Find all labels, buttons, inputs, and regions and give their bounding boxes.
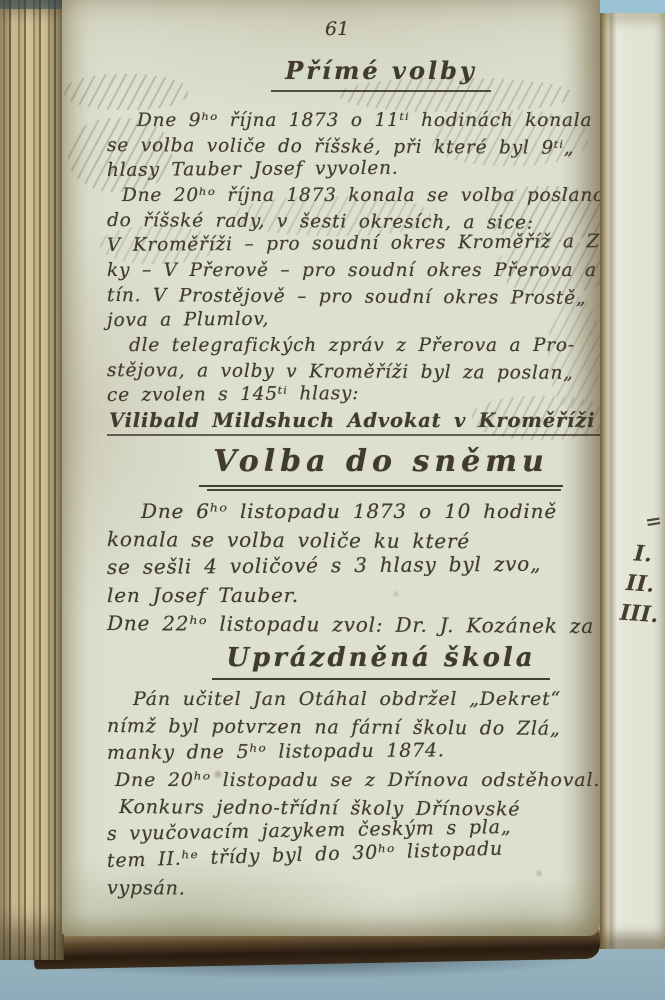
handwritten-content: 61 Přímé volby Dne 9ʰᵒ října 1873 o 11ᵗⁱ… (107, 14, 600, 902)
section-uprazdnena-skola: Pán učitel Jan Otáhal obdržel „Dekret“ n… (107, 686, 600, 902)
manuscript-line: jova a Plumlov, (107, 307, 269, 333)
heading-uprazdnena-skola: Uprázdněná škola (107, 641, 600, 680)
underlined-name-line: Vilibald Mildshuch Advokat v Kroměříži (107, 408, 600, 436)
manuscript-line: len Josef Tauber. (107, 581, 299, 609)
manuscript-line: Dne 20ʰᵒ listopadu se z Dřínova odstěhov… (115, 767, 600, 794)
heading-text: Přímé volby (271, 54, 491, 92)
manuscript-line: Dne 22ʰᵒ listopadu zvol: Dr. J. Kozánek … (107, 609, 600, 640)
facing-page-numerals: I. II. III. (619, 538, 664, 630)
heading-prime-volby: Přímé volby (107, 54, 600, 92)
section-volba-do-snemu: Dne 6ʰᵒ listopadu 1873 o 10 hodině konal… (107, 497, 600, 637)
manuscript-line: se sešli 4 voličové s 3 hlasy byl zvo„ (107, 550, 541, 581)
manuscript-line: Dne 20ʰᵒ října 1873 konala se volba posl… (122, 183, 600, 208)
roman-numeral-item: II. (625, 568, 662, 600)
facing-page-divider-mark: = (643, 508, 663, 534)
manuscript-line: Pán učitel Jan Otáhal obdržel „Dekret“ (133, 686, 561, 713)
section-prime-volby: Dne 9ʰᵒ října 1873 o 11ᵗⁱ hodinách konal… (107, 108, 600, 436)
manuscript-line: hlasy Tauber Josef vyvolen. (107, 156, 399, 183)
heading-text: Uprázdněná škola (212, 641, 549, 680)
manuscript-line: vypsán. (107, 875, 186, 902)
facing-page-sliver: = I. II. III. (600, 13, 665, 949)
manuscript-line: ce zvolen s 145ᵗⁱ hlasy: (107, 381, 359, 408)
roman-numeral-item: I. (633, 538, 664, 570)
manuscript-line: Dne 6ʰᵒ listopadu 1873 o 10 hodině (141, 497, 557, 525)
manuscript-line: ky – V Přerově – pro soudní okres Přerov… (107, 258, 600, 283)
manuscript-line: dle telegrafických zpráv z Přerova a Pro… (129, 333, 575, 358)
book-left-page-edges (0, 0, 64, 960)
manuscript-line: Dne 9ʰᵒ října 1873 o 11ᵗⁱ hodinách konal… (137, 108, 592, 133)
heading-text: Volba do sněmu (199, 442, 563, 487)
page-number: 61 (325, 16, 349, 42)
photo-background: 61 Přímé volby Dne 9ʰᵒ října 1873 o 11ᵗⁱ… (0, 0, 665, 1000)
manuscript-line: manky dne 5ʰᵒ listopadu 1874. (107, 737, 445, 767)
manuscript-page: 61 Přímé volby Dne 9ʰᵒ října 1873 o 11ᵗⁱ… (62, 0, 600, 936)
heading-volba-do-snemu: Volba do sněmu (107, 442, 600, 487)
roman-numeral-item: III. (619, 598, 660, 631)
manuscript-line: V Kroměříži – pro soudní okres Kroměříž … (107, 229, 600, 258)
